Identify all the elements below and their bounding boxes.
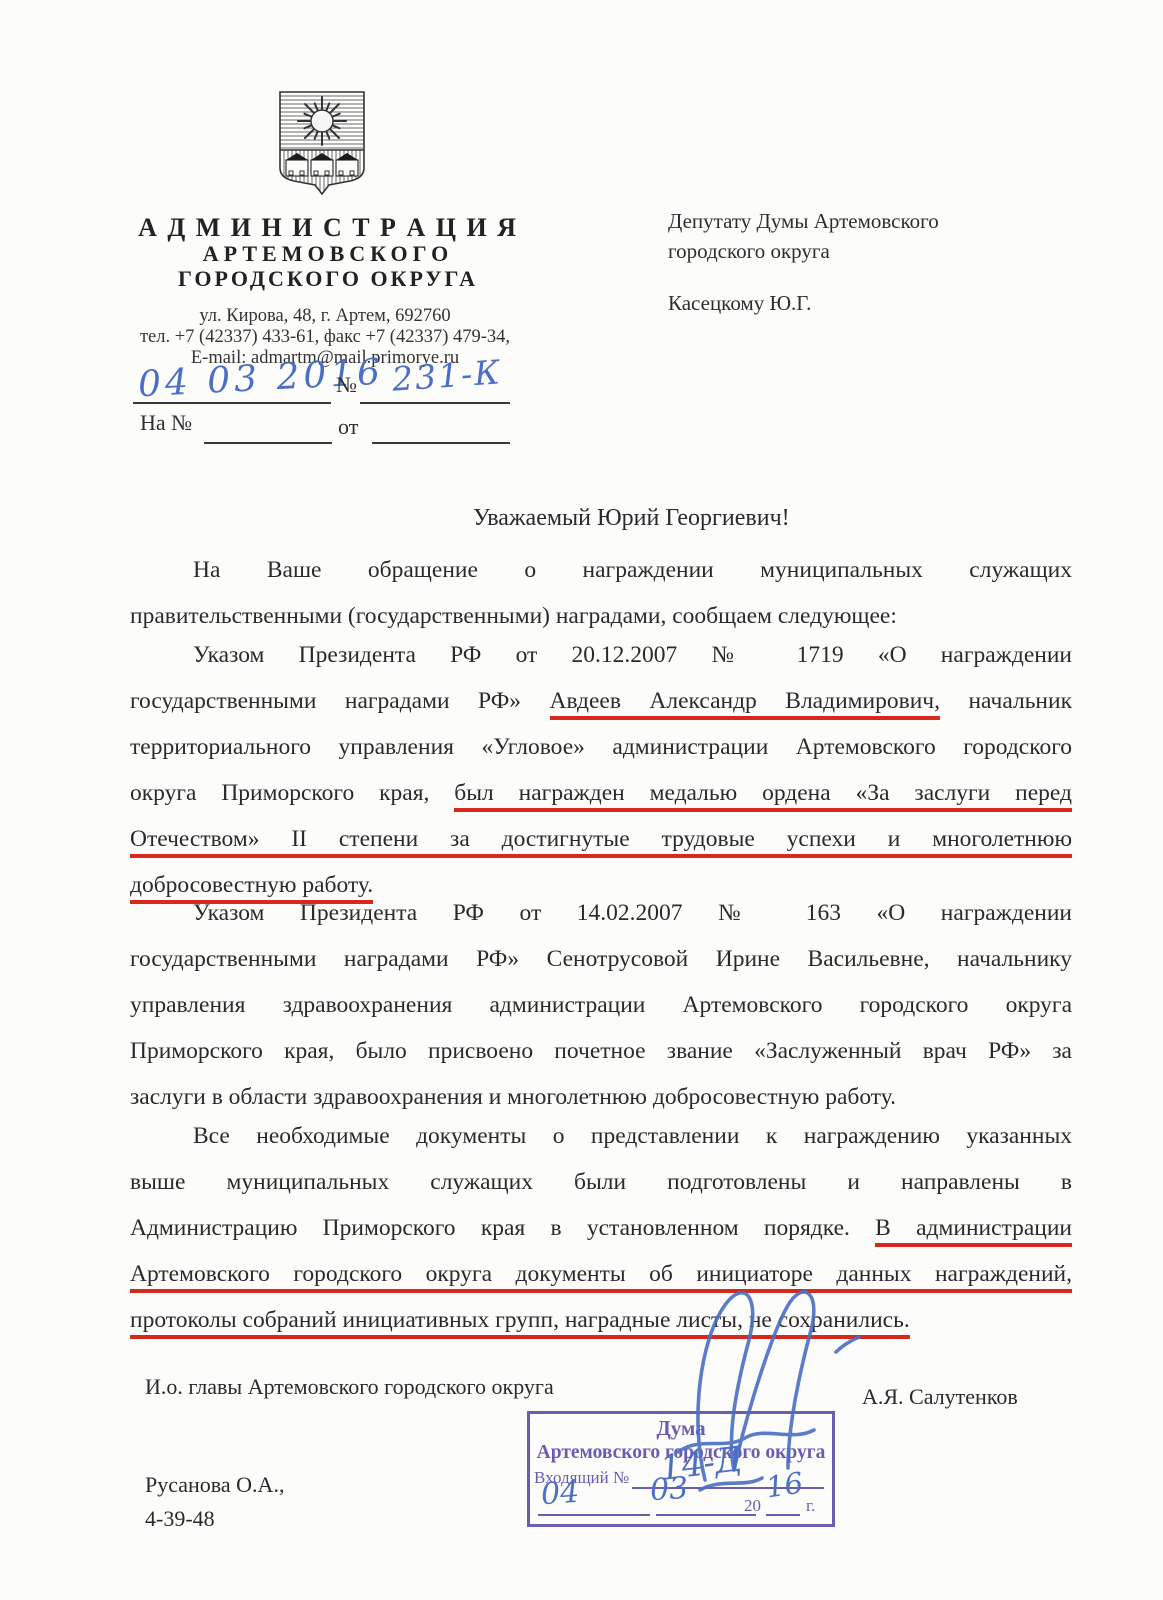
body-text: Указом Президента РФ от 20.12.2007 № 171… <box>193 642 1072 668</box>
stamp-year-prefix: 20 <box>744 1496 761 1516</box>
red-underlined-text: Артемовского городского округа документы… <box>130 1261 1072 1293</box>
body-line: протоколы собраний инициативных групп, н… <box>130 1297 1072 1343</box>
handwritten-incoming-month: 03 <box>649 1471 690 1509</box>
recipient-line2: городского округа <box>668 236 939 266</box>
body-text: округа Приморского края, <box>130 780 454 806</box>
body-text: Администрацию Приморского края в установ… <box>130 1215 875 1241</box>
red-underlined-text: был награжден медалью ордена «За заслуги… <box>454 780 1072 812</box>
scanned-letter-page: А Д М И Н И С Т Р А Ц И Я АРТЕМОВСКОГО Г… <box>0 0 1163 1600</box>
paragraph-3: Указом Президента РФ от 14.02.2007 № 163… <box>130 890 1072 1120</box>
executor-phone: 4-39-48 <box>145 1502 284 1536</box>
body-line: Администрацию Приморского края в установ… <box>130 1205 1072 1251</box>
body-text: территориального управления «Угловое» ад… <box>130 734 1072 760</box>
stamp-year-blank-line <box>766 1514 800 1516</box>
handwritten-incoming-day: 04 <box>540 1475 581 1513</box>
handwritten-incoming-year: 16 <box>764 1466 805 1505</box>
signer-position-title: И.о. главы Артемовского городского округ… <box>145 1374 554 1400</box>
org-name-line3: ГОРОДСКОГО ОКРУГА <box>118 266 538 292</box>
reply-number-blank-line <box>204 442 332 444</box>
stamp-org-line1: Дума <box>530 1416 832 1441</box>
org-address: ул. Кирова, 48, г. Артем, 692760 <box>100 306 550 327</box>
body-text: На Ваше обращение о награждении муниципа… <box>193 557 1072 583</box>
body-text: Приморского края, было присвоено почетно… <box>130 1038 1072 1064</box>
body-line: Все необходимые документы о представлени… <box>130 1113 1072 1159</box>
body-line: округа Приморского края, был награжден м… <box>130 770 1072 816</box>
body-text: Указом Президента РФ от 14.02.2007 № 163… <box>193 900 1072 926</box>
body-line: Отечеством» II степени за достигнутые тр… <box>130 816 1072 862</box>
stamp-month-blank-line <box>656 1514 756 1516</box>
body-line: территориального управления «Угловое» ад… <box>130 724 1072 770</box>
org-name-line2: АРТЕМОВСКОГО <box>118 241 538 267</box>
body-text: Все необходимые документы о представлени… <box>193 1123 1072 1149</box>
executor-block: Русанова О.А., 4-39-48 <box>145 1468 284 1536</box>
recipient-block: Депутату Думы Артемовского городского ок… <box>668 206 939 318</box>
stamp-year-suffix: г. <box>806 1496 815 1516</box>
coat-of-arms-icon <box>278 90 366 198</box>
body-text: заслуги в области здравоохранения и мног… <box>130 1084 896 1110</box>
body-line: управления здравоохранения администрации… <box>130 982 1072 1028</box>
body-line: выше муниципальных служащих были подгото… <box>130 1159 1072 1205</box>
red-underlined-text: Авдеев Александр Владимирович, <box>550 688 940 720</box>
body-text: государственными наградами РФ» <box>130 688 550 714</box>
body-line: Приморского края, было присвоено почетно… <box>130 1028 1072 1074</box>
red-underlined-text: В администрации <box>875 1215 1072 1247</box>
number-sign-label: № <box>336 372 357 398</box>
org-phone-fax: тел. +7 (42337) 433-61, факс +7 (42337) … <box>100 327 550 348</box>
body-line: государственными наградами РФ» Авдеев Ал… <box>130 678 1072 724</box>
handwritten-outgoing-number: 231-К <box>391 352 503 399</box>
reply-date-blank-line <box>372 442 510 444</box>
executor-name: Русанова О.А., <box>145 1468 284 1502</box>
recipient-name: Касецкому Ю.Г. <box>668 288 939 318</box>
stamp-day-blank-line <box>538 1514 650 1516</box>
body-text: выше муниципальных служащих были подгото… <box>130 1169 1072 1195</box>
org-name-line1: А Д М И Н И С Т Р А Ц И Я <box>118 213 538 243</box>
number-blank-line <box>360 402 510 404</box>
body-text: правительственными (государственными) на… <box>130 603 897 629</box>
body-line: государственными наградами РФ» Сенотрусо… <box>130 936 1072 982</box>
recipient-line1: Депутату Думы Артемовского <box>668 206 939 236</box>
body-line: Указом Президента РФ от 14.02.2007 № 163… <box>130 890 1072 936</box>
body-line: Указом Президента РФ от 20.12.2007 № 171… <box>130 632 1072 678</box>
paragraph-4: Все необходимые документы о представлени… <box>130 1113 1072 1343</box>
date-blank-line <box>133 402 331 404</box>
reply-from-label: от <box>338 414 358 440</box>
body-line: На Ваше обращение о награждении муниципа… <box>130 547 1072 593</box>
body-text: управления здравоохранения администрации… <box>130 992 1072 1018</box>
reply-to-label: На № <box>140 410 192 436</box>
body-line: Артемовского городского округа документы… <box>130 1251 1072 1297</box>
paragraph-2: Указом Президента РФ от 20.12.2007 № 171… <box>130 632 1072 908</box>
paragraph-1: На Ваше обращение о награждении муниципа… <box>130 547 1072 639</box>
red-underlined-text: Отечеством» II степени за достигнутые тр… <box>130 826 1072 858</box>
body-text: начальник <box>940 688 1072 714</box>
salutation: Уважаемый Юрий Георгиевич! <box>473 505 790 532</box>
body-text: государственными наградами РФ» Сенотрусо… <box>130 946 1072 972</box>
red-underlined-text: протоколы собраний инициативных групп, н… <box>130 1307 910 1339</box>
signer-name: А.Я. Салутенков <box>862 1384 1018 1410</box>
